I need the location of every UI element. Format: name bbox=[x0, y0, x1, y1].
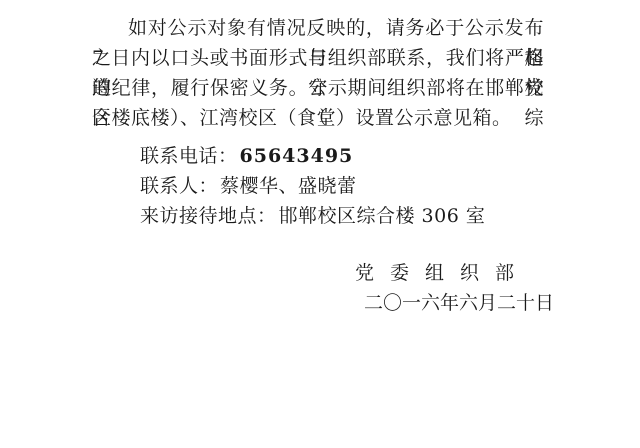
contact-info-block: 联系电话：65643495 联系人：蔡樱华、盛晓蕾 来访接待地点：邯郸校区综合楼… bbox=[140, 141, 485, 231]
contact-person-label: 联系人： bbox=[140, 175, 218, 197]
notice-paragraph: 如对公示对象有情况反映的，请务必于公示发布之日起 7 日内以口头或书面形式与组织… bbox=[92, 13, 544, 133]
contact-phone-label: 联系电话： bbox=[140, 145, 238, 167]
signature-date: 二〇一六年六月二十日 bbox=[364, 288, 554, 318]
paragraph-line-1: 如对公示对象有情况反映的，请务必于公示发布之日起 bbox=[92, 13, 544, 43]
paragraph-line-3: 的纪律，履行保密义务。公示期间组织部将在邯郸校区（综 bbox=[92, 73, 544, 103]
signature-department: 党委组织部 bbox=[355, 258, 530, 288]
contact-phone-row: 联系电话：65643495 bbox=[140, 141, 485, 171]
contact-person-row: 联系人：蔡樱华、盛晓蕾 bbox=[140, 171, 485, 201]
paragraph-line-2: 7 日内以口头或书面形式与组织部联系，我们将严格遵守党 bbox=[92, 43, 544, 73]
paragraph-line-4: 合楼底楼）、江湾校区（食堂）设置公示意见箱。 bbox=[92, 103, 544, 133]
contact-visit-row: 来访接待地点：邯郸校区综合楼 306 室 bbox=[140, 201, 485, 231]
contact-phone-value: 65643495 bbox=[240, 145, 354, 167]
contact-person-value: 蔡樱华、盛晓蕾 bbox=[220, 175, 357, 197]
notice-document-page: 如对公示对象有情况反映的，请务必于公示发布之日起 7 日内以口头或书面形式与组织… bbox=[0, 0, 640, 448]
contact-visit-value: 邯郸校区综合楼 306 室 bbox=[279, 205, 486, 227]
contact-visit-label: 来访接待地点： bbox=[140, 205, 277, 227]
